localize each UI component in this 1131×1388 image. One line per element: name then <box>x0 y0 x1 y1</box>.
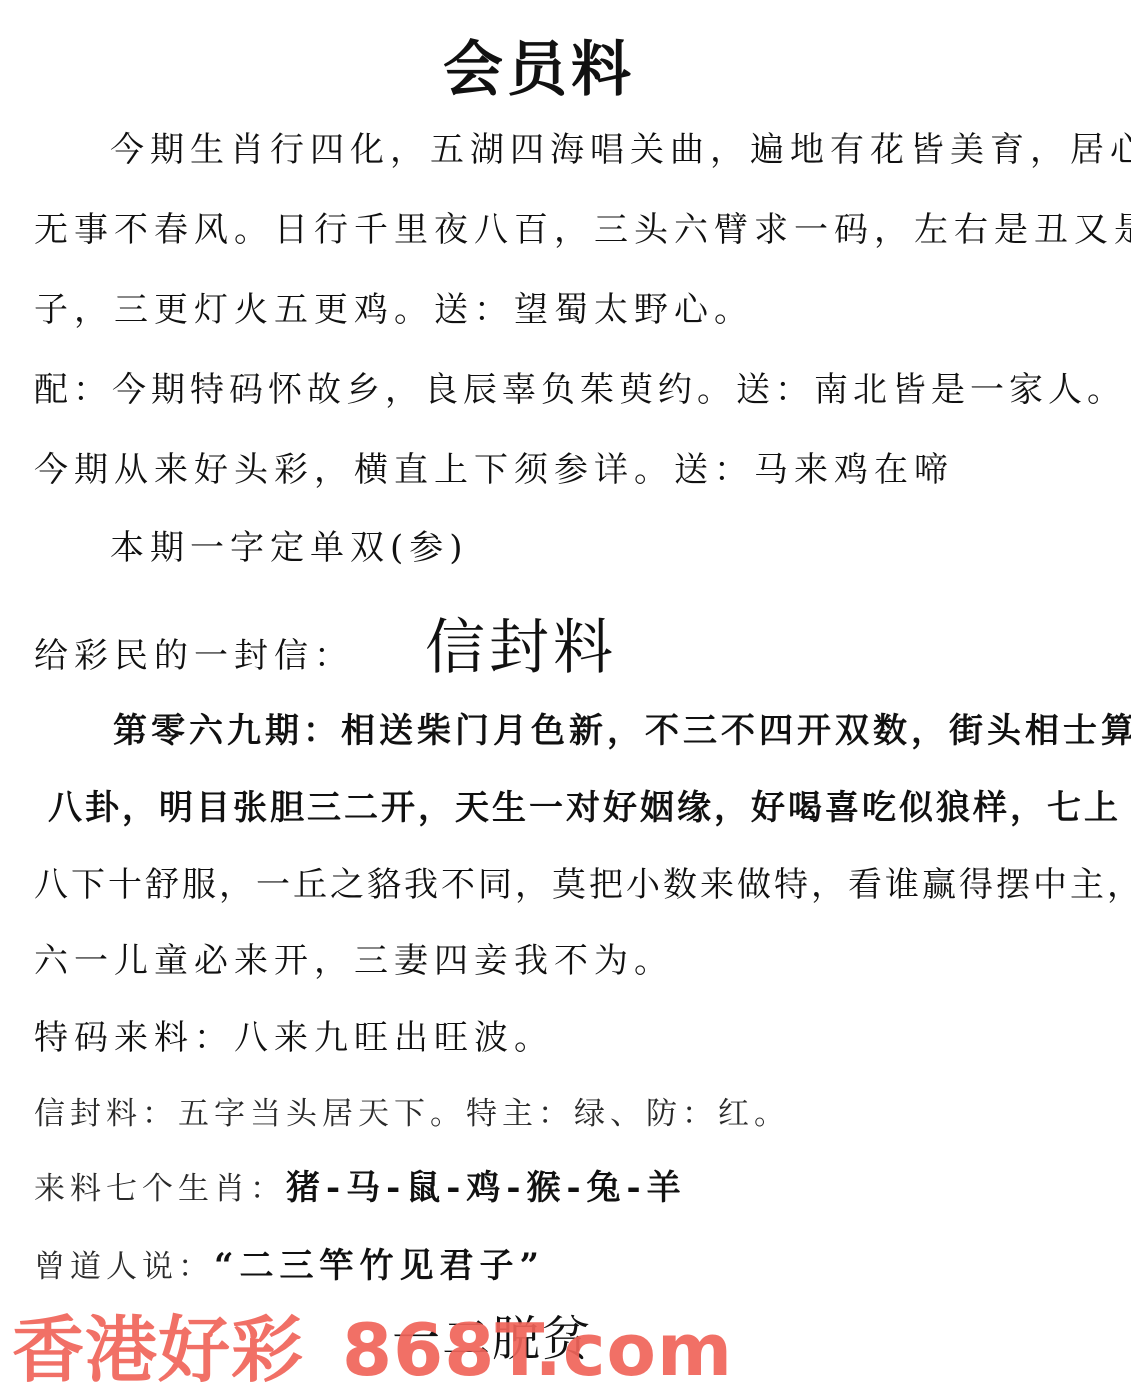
envelope-line-4: 六一儿童必来开，三妻四妾我不为。 <box>34 933 674 982</box>
zodiac-list: 猪-马-鼠-鸡-猴-兔-羊 <box>286 1168 687 1208</box>
envelope-line-2: 八卦，明目张胆三二开，天生一对好姻缘，好喝喜吃似狼样，七上 <box>48 780 1121 829</box>
saying-label: 曾道人说： <box>34 1249 214 1285</box>
envelope-line-6: 信封料：五字当头居天下。特主：绿、防：红。 <box>34 1088 790 1133</box>
envelope-prefix: 给彩民的一封信： <box>34 628 354 677</box>
zodiac-label: 来料七个生肖： <box>34 1171 286 1207</box>
member-line-5: 今期从来好头彩，横直上下须参详。送：马来鸡在啼 <box>34 442 954 491</box>
member-section-title: 会员料 <box>443 22 635 108</box>
member-line-1: 今期生肖行四化，五湖四海唱关曲，遍地有花皆美育，居心 <box>110 122 1131 171</box>
member-line-4: 配：今期特码怀故乡，良辰辜负茱萸约。送：南北皆是一家人。 <box>34 362 1126 411</box>
saying-row: 曾道人说：“二三竿竹见君子” <box>34 1238 545 1287</box>
watermark-site: 868T.com <box>342 1308 733 1388</box>
watermark: 香港好彩868T.com <box>12 1292 733 1388</box>
member-line-3: 子，三更灯火五更鸡。送：望蜀太野心。 <box>34 282 754 331</box>
member-line-2: 无事不春风。日行千里夜八百，三头六臂求一码，左右是丑又是 <box>34 202 1131 251</box>
zodiac-row: 来料七个生肖：猪-马-鼠-鸡-猴-兔-羊 <box>34 1160 687 1209</box>
envelope-line-3: 八下十舒服，一丘之貉我不同，莫把小数来做特，看谁赢得摆中主， <box>34 857 1131 906</box>
watermark-cn: 香港好彩 <box>12 1308 304 1388</box>
envelope-section-title: 信封料 <box>425 600 617 686</box>
saying-quote: “二三竿竹见君子” <box>214 1246 545 1286</box>
envelope-line-1: 第零六九期：相送柴门月色新，不三不四开双数，街头相士算 <box>113 703 1131 752</box>
member-line-6: 本期一字定单双(参) <box>110 520 469 569</box>
envelope-line-5: 特码来料：八来九旺出旺波。 <box>34 1010 554 1059</box>
